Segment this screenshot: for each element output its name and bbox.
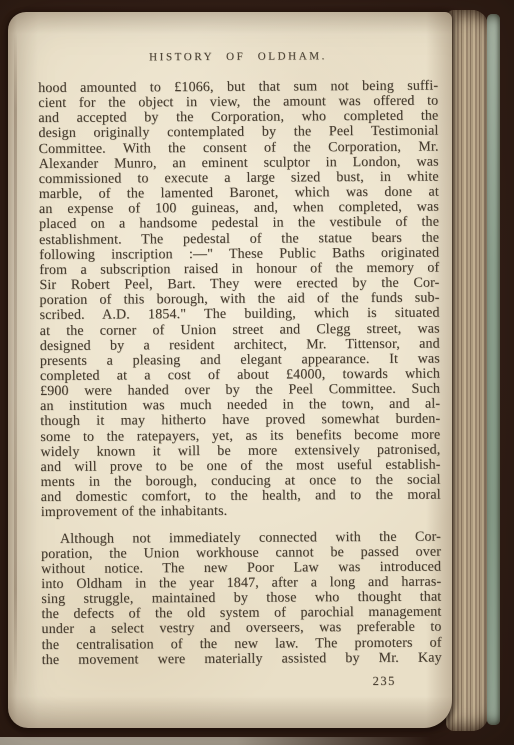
gutter-crease [14,32,17,688]
scanner-background [0,737,430,745]
text-line: improvement of the inhabitants. [41,503,441,521]
body-text: hood amounted to £1066, but that sum not… [38,79,442,668]
text-line: scribed. A.D. 1854." The building, which… [40,306,440,324]
text-line: the movement were materially assisted by… [42,650,442,668]
book-fore-edge-pages [446,10,488,731]
book-scan-photo: { "book_page": { "running_header": "HIST… [0,0,514,745]
page-number: 235 [42,673,442,690]
book-page: HISTORY OF OLDHAM. hood amounted to £106… [8,12,452,728]
printed-text-block: HISTORY OF OLDHAM. hood amounted to £106… [38,50,442,691]
text-line: and domestic comfort, to the health, and… [41,488,441,506]
paragraph: Although not immediately connected with … [41,529,442,668]
endpaper-strip [487,14,500,725]
paragraph: hood amounted to £1066, but that sum not… [38,79,441,521]
running-header: HISTORY OF OLDHAM. [38,50,438,64]
